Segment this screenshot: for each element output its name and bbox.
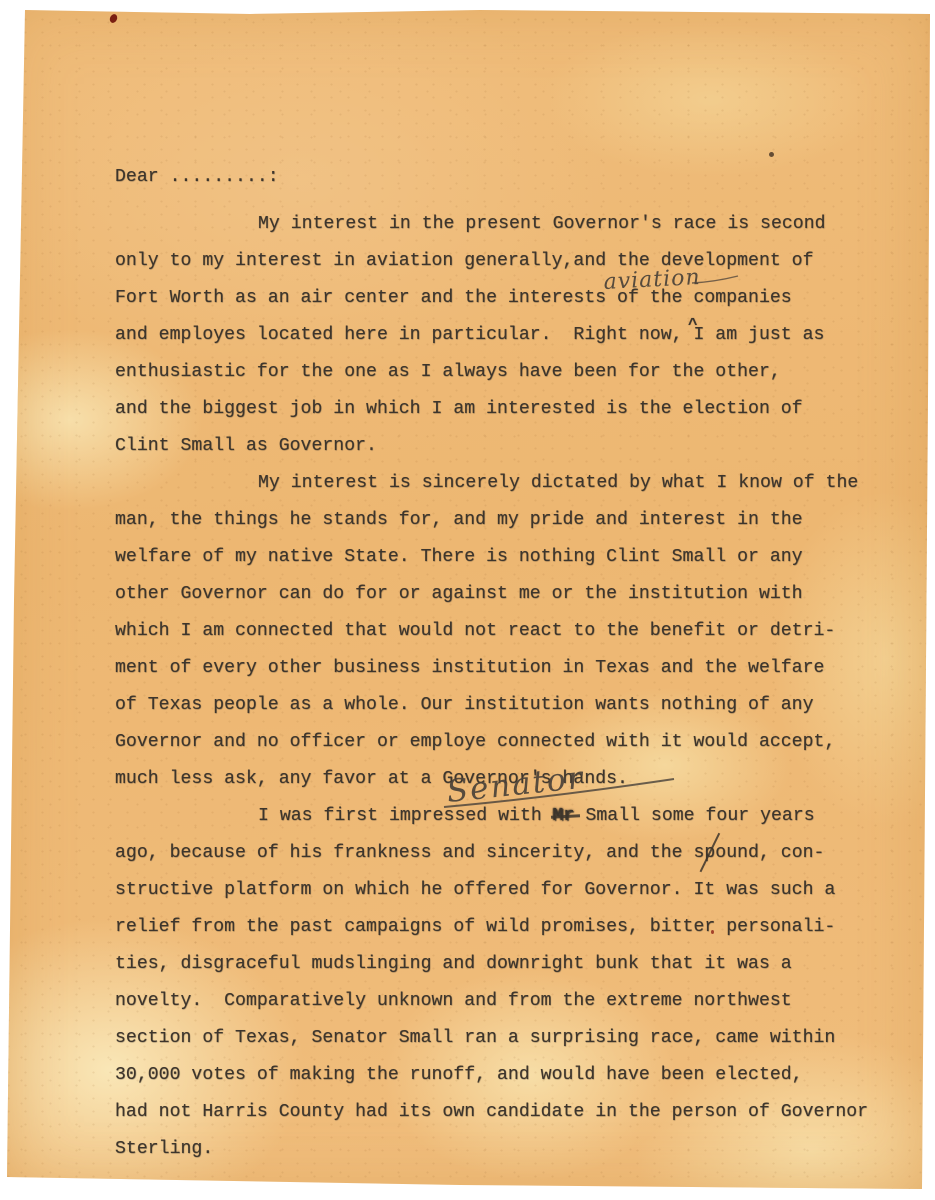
corrected-text-struck: Mr [553,806,575,826]
typed-text: Governor and no officer or employe conne… [115,732,835,752]
letter-line: enthusiastic for the one as I always hav… [115,354,915,391]
typed-text: relief from the past campaigns of wild p… [115,917,835,937]
insertion-caret-icon: ^ [688,316,698,334]
red-ink-speck [108,13,118,24]
letter-line: ago, because of his frankness and sincer… [115,835,915,872]
typed-text: section of Texas, Senator Small ran a su… [115,1028,835,1048]
typed-text: ound, con- [715,843,824,863]
letter-line: which I am connected that would not reac… [115,613,915,650]
letter-line: and employes located here in particular.… [115,317,915,354]
letter-line: section of Texas, Senator Small ran a su… [115,1020,915,1057]
letter-line: 30,000 votes of making the runoff, and w… [115,1057,915,1094]
typed-text: only to my interest in aviation generall… [115,251,814,271]
typed-text: Fort Worth as an air center and the inte… [115,288,792,308]
typed-text: and the biggest job in which I am intere… [115,399,803,419]
letter-body: Dear .........: My interest in the prese… [115,159,915,1168]
letter-line: Governor and no officer or employe conne… [115,724,915,761]
typed-text: other Governor can do for or against me … [115,584,803,604]
scanned-letter-page: Dear .........: My interest in the prese… [0,0,935,1200]
paper-sheet: Dear .........: My interest in the prese… [0,0,935,1200]
typed-text: enthusiastic for the one as I always hav… [115,362,781,382]
typed-text: structive platform on which he offered f… [115,880,835,900]
letter-line: relief from the past campaigns of wild p… [115,909,915,946]
typed-text: novelty. Comparatively unknown and from … [115,991,792,1011]
letter-line: much less ask, any favor at a Governor's… [115,761,915,798]
letter-line: of Texas people as a whole. Our institut… [115,687,915,724]
typed-text: of Texas people as a whole. Our institut… [115,695,814,715]
typed-text: ago, because of his frankness and sincer… [115,843,704,863]
letter-line: Fort Worth as an air center and the inte… [115,280,915,317]
typed-text: which I am connected that would not reac… [115,621,835,641]
typed-text: Clint Small as Governor. [115,436,377,456]
letter-line: only to my interest in aviation generall… [115,243,915,280]
typed-text: and employes located here in particular.… [115,325,824,345]
typed-text: I was first impressed with [258,806,553,826]
letter-line: Clint Small as Governor. [115,428,915,465]
typed-text: My interest in the present Governor's ra… [258,214,826,234]
letter-line: welfare of my native State. There is not… [115,539,915,576]
salutation-line: Dear .........: [115,159,915,196]
letter-line: ment of every other business institution… [115,650,915,687]
letter-line: ties, disgraceful mudslinging and downri… [115,946,915,983]
typed-text: man, the things he stands for, and my pr… [115,510,803,530]
typed-text: Small some four years [575,806,815,826]
typed-text: 30,000 votes of making the runoff, and w… [115,1065,803,1085]
typed-text: My interest is sincerely dictated by wha… [258,473,858,493]
letter-line: man, the things he stands for, and my pr… [115,502,915,539]
letter-line: other Governor can do for or against me … [115,576,915,613]
letter-lines: My interest in the present Governor's ra… [115,206,915,1168]
letter-line: My interest is sincerely dictated by wha… [115,465,915,502]
letter-line: novelty. Comparatively unknown and from … [115,983,915,1020]
corrected-text-slashed: p [704,835,715,872]
typed-text: ties, disgraceful mudslinging and downri… [115,954,792,974]
typed-text: much less ask, any favor at a Governor's… [115,769,628,789]
letter-line: I was first impressed with Mr Small some… [115,798,915,835]
letter-line: and the biggest job in which I am intere… [115,391,915,428]
letter-line: had not Harris County had its own candid… [115,1094,915,1131]
typed-text: ment of every other business institution… [115,658,824,678]
typed-text: welfare of my native State. There is not… [115,547,803,567]
dark-ink-speck [769,152,774,157]
letter-line: Sterling. [115,1131,915,1168]
letter-line: structive platform on which he offered f… [115,872,915,909]
small-red-speck [711,930,714,934]
typed-text: had not Harris County had its own candid… [115,1102,868,1122]
typed-text: Sterling. [115,1139,213,1159]
letter-line: My interest in the present Governor's ra… [115,206,915,243]
